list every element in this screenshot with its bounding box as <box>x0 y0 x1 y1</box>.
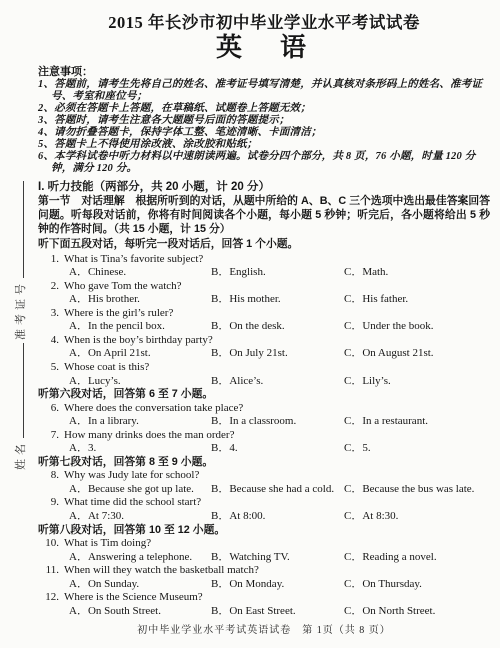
question-row: 7.How many drinks does the man order? <box>38 429 490 443</box>
options-row: A．In the pencil box.B．On the desk.C．Unde… <box>38 320 490 334</box>
option-c: C．Math. <box>344 266 490 280</box>
question-text: How many drinks does the man order? <box>64 429 490 443</box>
question-number: 3. <box>38 307 64 321</box>
option-b: B．On the desk. <box>211 320 344 334</box>
question-row: 3.Where is the girl’s ruler? <box>38 307 490 321</box>
options-row: A．Lucy’s.B．Alice’s.C．Lily’s. <box>38 375 490 389</box>
option-a: A．At 7:30. <box>69 510 211 524</box>
option-a: A．In a library. <box>69 415 211 429</box>
name-label-text: 姓名 <box>15 440 27 470</box>
option-a: A．3. <box>69 442 211 456</box>
option-a: A．Chinese. <box>69 266 211 280</box>
option-b: B．Watching TV. <box>211 551 344 565</box>
option-b: B．On July 21st. <box>211 347 344 361</box>
option-b: B．Because she had a cold. <box>211 483 344 497</box>
options-row: A．Chinese.B．English.C．Math. <box>38 266 490 280</box>
question-text: Where is the Science Museum? <box>64 591 490 605</box>
subject-title: 英 语 <box>38 34 490 61</box>
question-number: 2. <box>38 280 64 294</box>
notice-item: 4、请勿折叠答题卡，保持字体工整、笔迹清晰、卡面清洁； <box>38 127 490 139</box>
option-c: C．On North Street. <box>344 605 490 619</box>
option-c: C．His father. <box>344 293 490 307</box>
question-list: 1.What is Tina’s favorite subject?A．Chin… <box>38 253 490 619</box>
question-row: 4.When is the boy’s birthday party? <box>38 334 490 348</box>
option-a: A．In the pencil box. <box>69 320 211 334</box>
option-a: A．His brother. <box>69 293 211 307</box>
listening-section-heading: I. 听力技能（两部分，共 20 小题，计 20 分） <box>38 180 490 194</box>
option-b: B．In a classroom. <box>211 415 344 429</box>
notices-heading: 注意事项： <box>38 66 490 79</box>
question-text: Who gave Tom the watch? <box>64 280 490 294</box>
notice-item: 3、答题时，请考生注意各大题题号后面的答题提示； <box>38 115 490 127</box>
dialog-group-header: 听第七段对话，回答第 8 至 9 小题。 <box>38 456 490 470</box>
question-number: 8. <box>38 469 64 483</box>
option-c: C．Reading a novel. <box>344 551 490 565</box>
page-footer: 初中毕业学业水平考试英语试卷 第 1页（共 8 页） <box>38 625 490 637</box>
option-b: B．At 8:00. <box>211 510 344 524</box>
question-text: Whose coat is this? <box>64 361 490 375</box>
question-row: 2.Who gave Tom the watch? <box>38 280 490 294</box>
question-text: When will they watch the basketball matc… <box>64 564 490 578</box>
notice-item: 5、答题卡上不得使用涂改液、涂改胶和贴纸； <box>38 139 490 151</box>
question-number: 9. <box>38 496 64 510</box>
question-text: What is Tina’s favorite subject? <box>64 253 490 267</box>
question-number: 4. <box>38 334 64 348</box>
question-text: What is Tim doing? <box>64 537 490 551</box>
option-a: A．Because she got up late. <box>69 483 211 497</box>
option-c: C．5. <box>344 442 490 456</box>
notice-item: 1、答题前，请考生先将自己的姓名、准考证号填写清楚，并认真核对条形码上的姓名、准… <box>38 79 490 103</box>
option-b: B．On Monday. <box>211 578 344 592</box>
exam-paper-page: 准考证号 姓名 2015 年长沙市初中毕业学业水平考试试卷 英 语 注意事项： … <box>0 0 500 648</box>
options-row: A．On April 21st.B．On July 21st.C．On Augu… <box>38 347 490 361</box>
exam-title: 2015 年长沙市初中毕业学业水平考试试卷 <box>38 13 490 32</box>
question-text: What time did the school start? <box>64 496 490 510</box>
option-c: C．Lily’s. <box>344 375 490 389</box>
option-a: A．Lucy’s. <box>69 375 211 389</box>
option-c: C．Because the bus was late. <box>344 483 490 497</box>
question-row: 5.Whose coat is this? <box>38 361 490 375</box>
options-row: A．In a library.B．In a classroom.C．In a r… <box>38 415 490 429</box>
question-row: 1.What is Tina’s favorite subject? <box>38 253 490 267</box>
options-row: A．His brother.B．His mother.C．His father. <box>38 293 490 307</box>
option-a: A．On South Street. <box>69 605 211 619</box>
question-row: 10.What is Tim doing? <box>38 537 490 551</box>
exam-number-label-text: 准考证号 <box>15 280 27 340</box>
options-row: A．Because she got up late.B．Because she … <box>38 483 490 497</box>
question-text: Where is the girl’s ruler? <box>64 307 490 321</box>
exam-number-blank-line <box>20 181 24 278</box>
option-b: B．His mother. <box>211 293 344 307</box>
option-a: A．Answering a telephone. <box>69 551 211 565</box>
question-row: 8.Why was Judy late for school? <box>38 469 490 483</box>
main-column: 2015 年长沙市初中毕业学业水平考试试卷 英 语 注意事项： 1、答题前，请考… <box>38 0 490 637</box>
option-b: B．English. <box>211 266 344 280</box>
question-number: 12. <box>38 591 64 605</box>
part-one-intro: 第一节 对话理解 根据所听到的对话，从题中所给的 A、B、C 三个选项中选出最佳… <box>38 194 490 237</box>
name-label: 姓名 <box>12 343 28 470</box>
option-b: B．Alice’s. <box>211 375 344 389</box>
question-number: 6. <box>38 402 64 416</box>
question-row: 6.Where does the conversation take place… <box>38 402 490 416</box>
option-b: B．4. <box>211 442 344 456</box>
notice-item: 2、必须在答题卡上答题，在草稿纸、试题卷上答题无效； <box>38 103 490 115</box>
options-row: A．On South Street.B．On East Street.C．On … <box>38 605 490 619</box>
options-row: A．On Sunday.B．On Monday.C．On Thursday. <box>38 578 490 592</box>
option-c: C．On August 21st. <box>344 347 490 361</box>
dialog-group-header: 听第六段对话，回答第 6 至 7 小题。 <box>38 388 490 402</box>
question-text: When is the boy’s birthday party? <box>64 334 490 348</box>
option-c: C．At 8:30. <box>344 510 490 524</box>
option-a: A．On April 21st. <box>69 347 211 361</box>
question-row: 9.What time did the school start? <box>38 496 490 510</box>
options-row: A．3.B．4.C．5. <box>38 442 490 456</box>
question-number: 11. <box>38 564 64 578</box>
five-dialogs-instruction: 听下面五段对话，每听完一段对话后，回答 1 个小题。 <box>38 237 490 251</box>
question-row: 12.Where is the Science Museum? <box>38 591 490 605</box>
options-row: A．At 7:30.B．At 8:00.C．At 8:30. <box>38 510 490 524</box>
exam-number-label: 准考证号 <box>12 181 28 340</box>
name-blank-line <box>20 343 24 438</box>
option-c: C．In a restaurant. <box>344 415 490 429</box>
question-text: Where does the conversation take place? <box>64 402 490 416</box>
question-text: Why was Judy late for school? <box>64 469 490 483</box>
question-number: 7. <box>38 429 64 443</box>
notices-list: 1、答题前，请考生先将自己的姓名、准考证号填写清楚，并认真核对条形码上的姓名、准… <box>38 79 490 175</box>
option-b: B．On East Street. <box>211 605 344 619</box>
dialog-group-header: 听第八段对话，回答第 10 至 12 小题。 <box>38 524 490 538</box>
question-number: 10. <box>38 537 64 551</box>
question-number: 5. <box>38 361 64 375</box>
question-number: 1. <box>38 253 64 267</box>
option-a: A．On Sunday. <box>69 578 211 592</box>
notice-item: 6、本学科试卷中听力材料以中速朗读两遍。试卷分四个部分，共 8 页，76 小题，… <box>38 151 490 175</box>
question-row: 11.When will they watch the basketball m… <box>38 564 490 578</box>
options-row: A．Answering a telephone.B．Watching TV.C．… <box>38 551 490 565</box>
option-c: C．On Thursday. <box>344 578 490 592</box>
option-c: C．Under the book. <box>344 320 490 334</box>
